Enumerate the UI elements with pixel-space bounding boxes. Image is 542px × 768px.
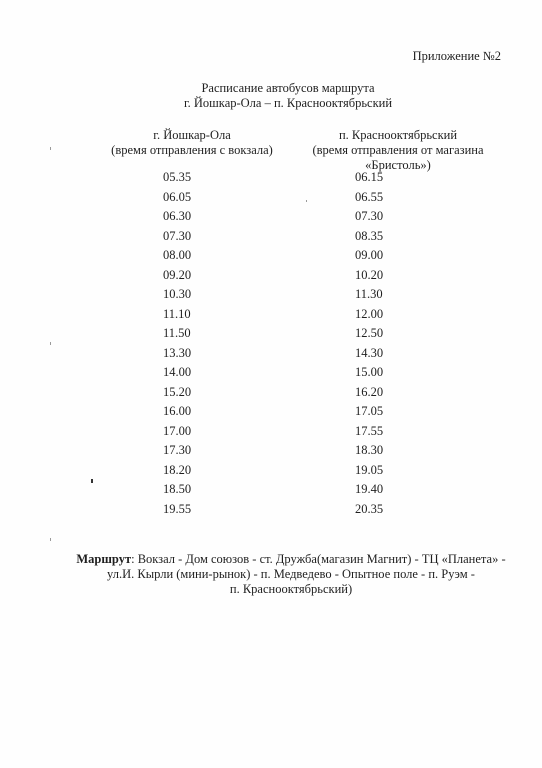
departure-time: 17.30 <box>163 443 191 463</box>
scan-speck <box>306 200 307 202</box>
departure-time: 13.30 <box>163 346 191 366</box>
departure-time: 08.00 <box>163 248 191 268</box>
departure-time: 15.00 <box>355 365 383 385</box>
departure-time: 11.50 <box>163 326 191 346</box>
departure-time: 17.00 <box>163 424 191 444</box>
departure-time: 14.30 <box>355 346 383 366</box>
departure-time: 19.05 <box>355 463 383 483</box>
departure-time: 10.20 <box>355 268 383 288</box>
departure-times-yoshkar-ola: 05.3506.0506.3007.3008.0009.2010.3011.10… <box>163 170 191 521</box>
departure-time: 11.30 <box>355 287 383 307</box>
departure-time: 18.50 <box>163 482 191 502</box>
departure-time: 19.55 <box>163 502 191 522</box>
departure-time: 06.55 <box>355 190 383 210</box>
departure-time: 20.35 <box>355 502 383 522</box>
departure-time: 10.30 <box>163 287 191 307</box>
column-heading-yoshkar-ola: г. Йошкар-Ола (время отправления с вокза… <box>97 128 287 158</box>
column-heading-line: (время отправления от магазина <box>308 143 488 158</box>
document-title: Расписание автобусов маршрута г. Йошкар-… <box>0 81 542 111</box>
document-page: Приложение №2 Расписание автобусов маршр… <box>0 0 542 768</box>
departure-time: 17.05 <box>355 404 383 424</box>
scan-speck <box>50 538 51 541</box>
appendix-label: Приложение №2 <box>413 49 501 64</box>
departure-time: 12.50 <box>355 326 383 346</box>
column-heading-line: п. Краснооктябрьский <box>308 128 488 143</box>
scan-speck <box>50 342 51 345</box>
column-heading-line: «Бристоль») <box>308 158 488 173</box>
route-line-2: ул.И. Кырли (мини-рынок) - п. Медведево … <box>60 567 522 582</box>
title-line-2: г. Йошкар-Ола – п. Краснооктябрьский <box>34 96 542 111</box>
departure-time: 14.00 <box>163 365 191 385</box>
departure-time: 06.15 <box>355 170 383 190</box>
scan-speck <box>91 479 93 483</box>
route-description: Маршрут: Вокзал - Дом союзов - ст. Дружб… <box>60 552 522 597</box>
departure-time: 06.30 <box>163 209 191 229</box>
route-line-3: п. Краснооктябрьский) <box>60 582 522 597</box>
departure-time: 12.00 <box>355 307 383 327</box>
route-line-1: Маршрут: Вокзал - Дом союзов - ст. Дружб… <box>60 552 522 567</box>
column-heading-line: г. Йошкар-Ола <box>97 128 287 143</box>
departure-time: 06.05 <box>163 190 191 210</box>
departure-time: 17.55 <box>355 424 383 444</box>
scan-speck <box>50 147 51 150</box>
departure-time: 18.30 <box>355 443 383 463</box>
route-text: : Вокзал - Дом союзов - ст. Дружба(магаз… <box>131 552 506 566</box>
column-heading-krasnooktyabrsky: п. Краснооктябрьский (время отправления … <box>308 128 488 173</box>
column-heading-line: (время отправления с вокзала) <box>97 143 287 158</box>
departure-times-krasnooktyabrsky: 06.1506.5507.3008.3509.0010.2011.3012.00… <box>355 170 383 521</box>
departure-time: 18.20 <box>163 463 191 483</box>
route-label: Маршрут <box>76 552 131 566</box>
departure-time: 08.35 <box>355 229 383 249</box>
departure-time: 07.30 <box>355 209 383 229</box>
title-line-1: Расписание автобусов маршрута <box>34 81 542 96</box>
departure-time: 16.00 <box>163 404 191 424</box>
departure-time: 11.10 <box>163 307 191 327</box>
departure-time: 09.20 <box>163 268 191 288</box>
departure-time: 05.35 <box>163 170 191 190</box>
departure-time: 19.40 <box>355 482 383 502</box>
departure-time: 07.30 <box>163 229 191 249</box>
departure-time: 09.00 <box>355 248 383 268</box>
departure-time: 15.20 <box>163 385 191 405</box>
departure-time: 16.20 <box>355 385 383 405</box>
